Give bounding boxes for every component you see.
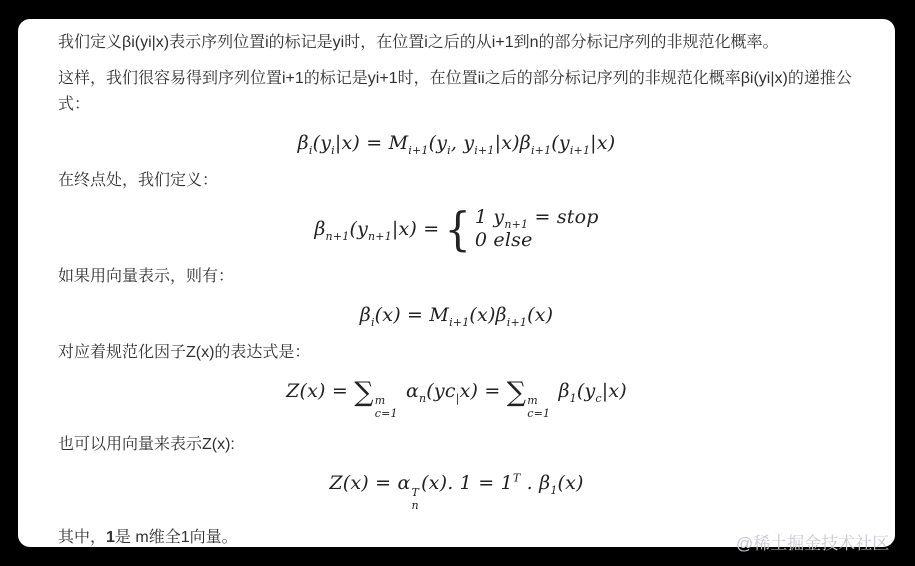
- content-card: 我们定义βi(yi|x)表示序列位置i的标记是yi时，在位置i之后的从i+1到n…: [18, 19, 895, 547]
- para-beta-definition: 我们定义βi(yi|x)表示序列位置i的标记是yi时，在位置i之后的从i+1到n…: [58, 30, 855, 56]
- cases-brace: {: [445, 207, 472, 251]
- formula-beta-recursion: βi(yi|x) = Mi+1(yi, yi+1|x)βi+1(yi+1|x): [58, 130, 855, 156]
- formula-z-sum: Z(x) = ∑mc=1 αn(yc|x) = ∑mc=1 β1(yc|x): [58, 378, 855, 420]
- watermark: @稀土掘金技术社区: [736, 529, 889, 554]
- case-line-else: 0 else: [475, 229, 599, 252]
- para-z-factor-intro: 对应着规范化因子Z(x)的表达式是：: [58, 340, 855, 366]
- para-terminal-intro: 在终点处，我们定义：: [58, 168, 855, 194]
- formula-beta-terminal: βn+1(yn+1|x) = { 1 yn+1 = stop 0 else: [58, 206, 855, 252]
- ones-note-suffix: 是 m维全1向量。: [115, 529, 238, 546]
- formula-terminal-lhs: βn+1(yn+1|x) =: [314, 216, 439, 242]
- para-vector-intro: 如果用向量表示，则有：: [58, 264, 855, 290]
- page-background: 我们定义βi(yi|x)表示序列位置i的标记是yi时，在位置i之后的从i+1到n…: [0, 0, 915, 566]
- para-z-vector-intro: 也可以用向量来表示Z(x):: [58, 432, 855, 458]
- formula-beta-vector: βi(x) = Mi+1(x)βi+1(x): [58, 302, 855, 328]
- cases-body: 1 yn+1 = stop 0 else: [475, 206, 599, 252]
- formula-z-vector: Z(x) = αTn(x). 1 = 1T . β1(x): [58, 470, 855, 512]
- case-line-stop: 1 yn+1 = stop: [475, 206, 599, 229]
- ones-note-bold-one: 1: [106, 529, 115, 546]
- ones-note-prefix: 其中，: [58, 529, 106, 546]
- para-recursion-intro: 这样，我们很容易得到序列位置i+1的标记是yi+1时，在位置ii之后的部分标记序…: [58, 66, 855, 118]
